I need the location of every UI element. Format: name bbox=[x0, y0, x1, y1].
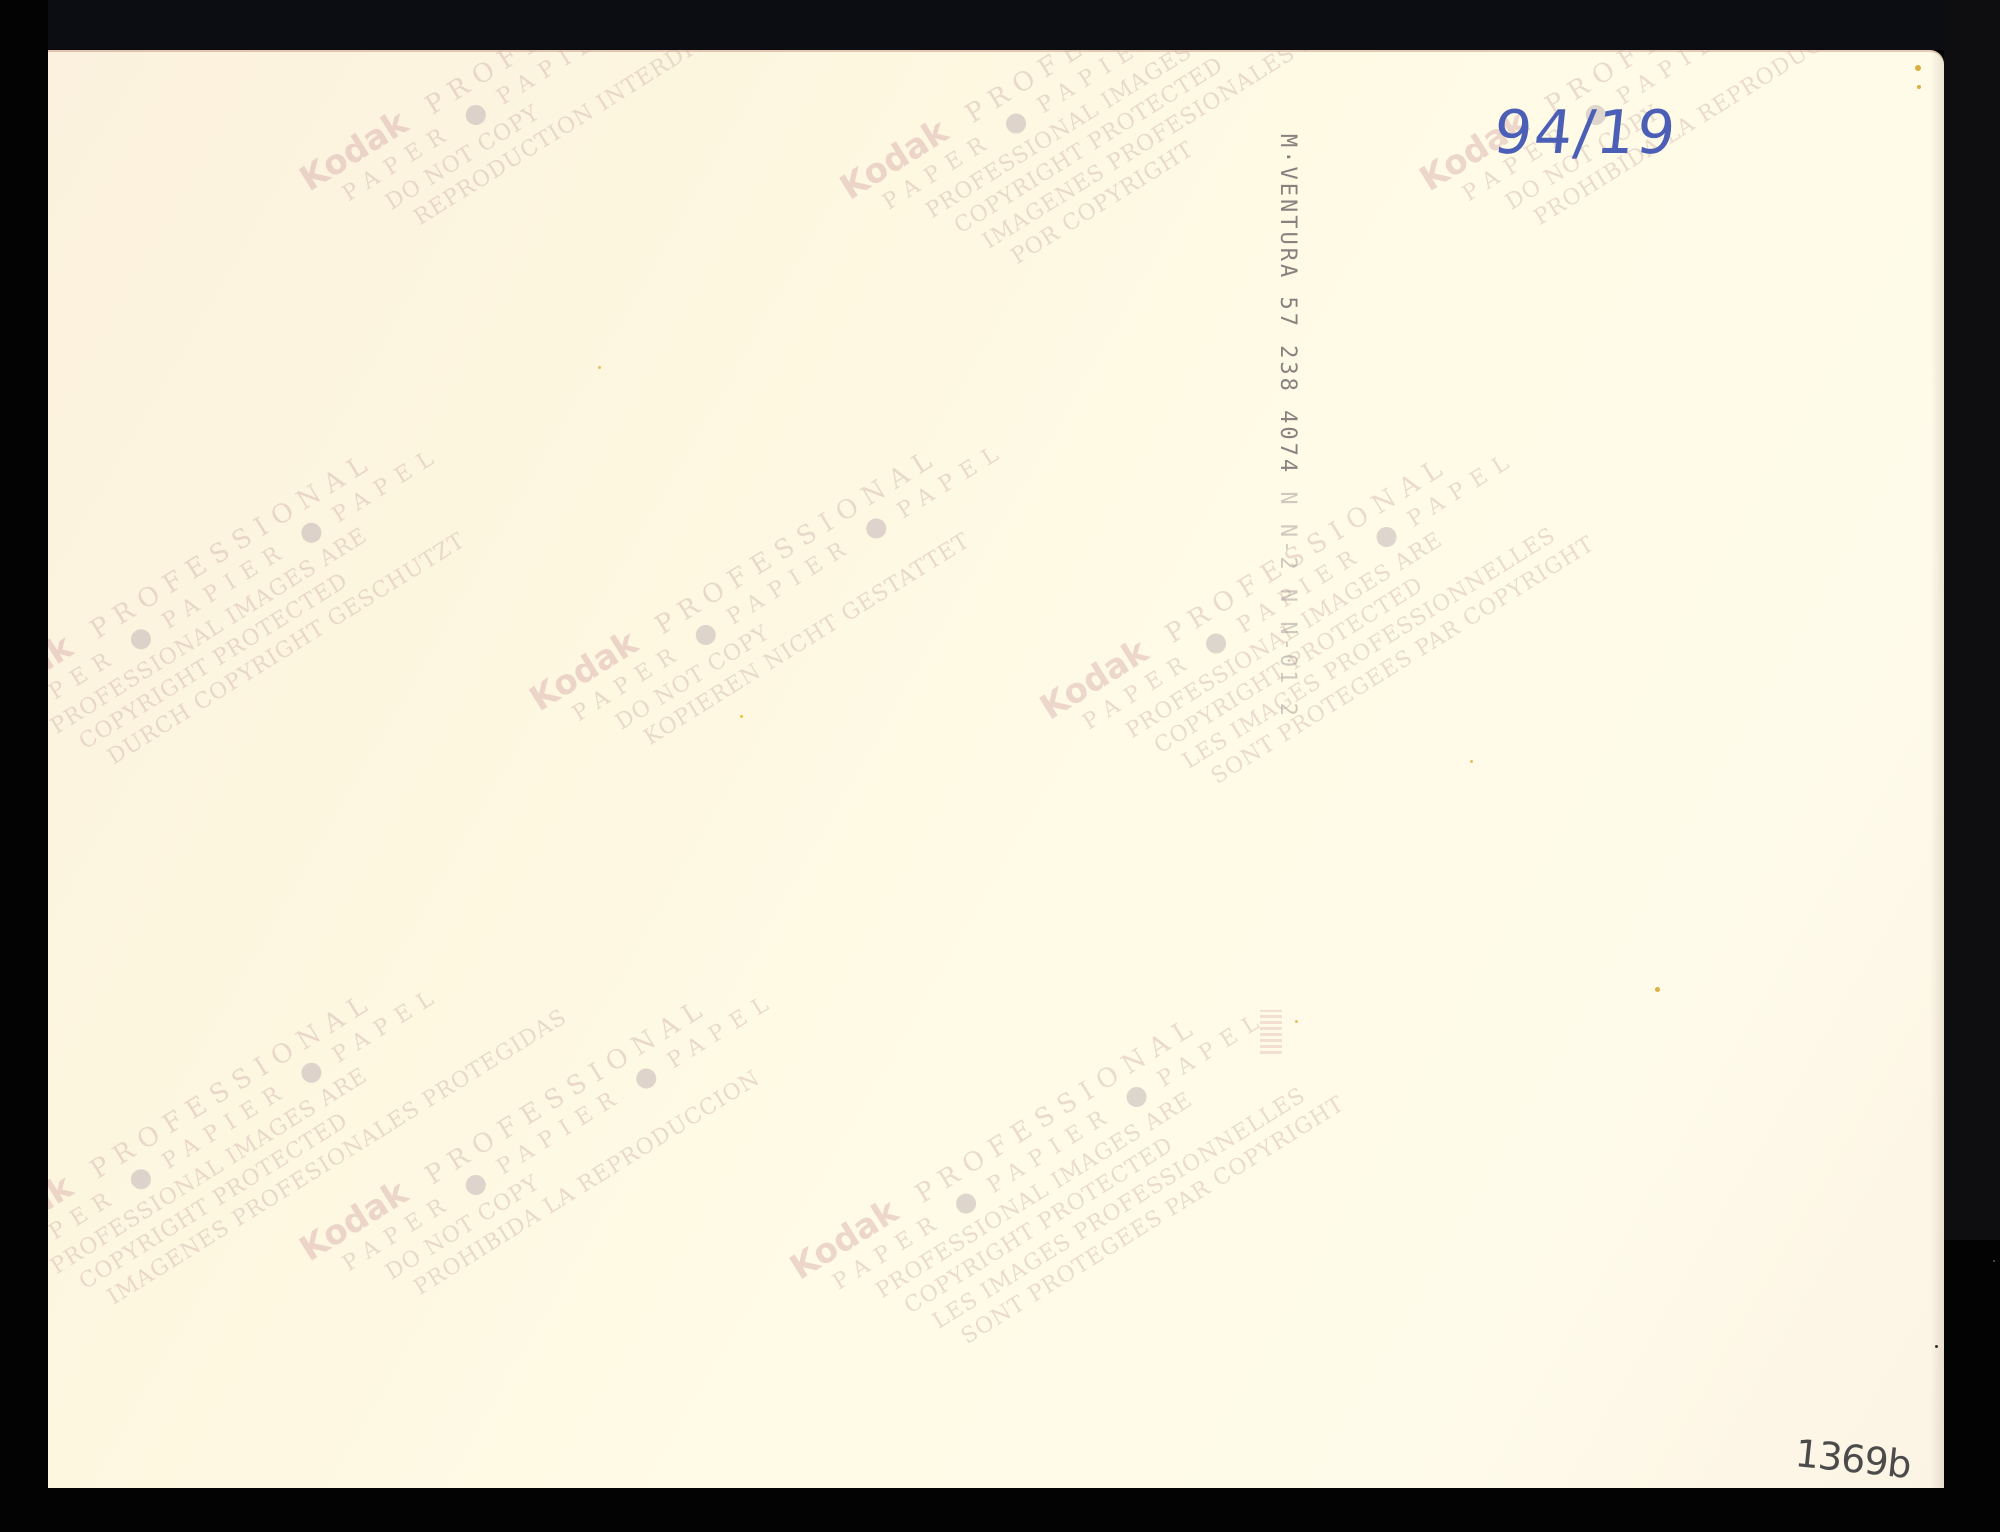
bullet-dot-icon bbox=[862, 515, 890, 543]
kodak-watermark: KodakPROFESSIONALPAPERPAPIERPAPELPROFESS… bbox=[835, 50, 1461, 326]
bullet-dot-icon bbox=[632, 1065, 660, 1093]
bullet-dot-icon bbox=[1373, 523, 1401, 551]
bullet-dot-icon bbox=[1202, 630, 1230, 658]
paper-speck bbox=[740, 715, 743, 718]
ink-smudge bbox=[1260, 1010, 1282, 1054]
imprint-main: M·VENTURA 57 238 4074 bbox=[1275, 134, 1300, 475]
scanner-lid-shadow bbox=[48, 0, 1948, 50]
bullet-dot-icon bbox=[298, 1059, 326, 1087]
bullet-dot-icon bbox=[462, 1171, 490, 1199]
imprint-tail: N N-2 N N-01 2 bbox=[1275, 491, 1300, 718]
scanner-edge-shadow bbox=[1944, 0, 2000, 1240]
paper-speck bbox=[1915, 65, 1921, 71]
photo-print-back: KodakPROFESSIONALPAPERPAPIERPAPELDO NOT … bbox=[48, 50, 1944, 1488]
bullet-dot-icon bbox=[692, 621, 720, 649]
handwritten-reference: 94/19 bbox=[1490, 98, 1680, 168]
kodak-watermark: KodakPROFESSIONALPAPERPAPIERPAPELDO NOT … bbox=[524, 405, 1041, 790]
kodak-watermark: KodakPROFESSIONALPAPERPAPIERPAPELPROFESS… bbox=[48, 409, 492, 818]
paper-speck bbox=[1295, 1020, 1298, 1023]
paper-speck bbox=[1917, 85, 1921, 89]
kodak-watermark: KodakPROFESSIONALPAPERPAPIERPAPELDO NOT … bbox=[294, 50, 811, 270]
kodak-watermark: KodakPROFESSIONALPAPERPAPIERPAPELPROFESS… bbox=[1035, 403, 1599, 846]
bullet-dot-icon bbox=[1002, 110, 1030, 138]
bullet-dot-icon bbox=[298, 519, 326, 547]
paper-speck bbox=[1470, 760, 1473, 763]
bullet-dot-icon bbox=[462, 101, 490, 129]
paper-speck bbox=[1655, 987, 1660, 992]
bullet-dot-icon bbox=[1123, 1083, 1151, 1111]
bullet-dot-icon bbox=[952, 1190, 980, 1218]
paper-speck bbox=[598, 366, 601, 369]
bullet-dot-icon bbox=[127, 625, 155, 653]
bullet-dot-icon bbox=[127, 1165, 155, 1193]
paper-speck bbox=[1935, 1345, 1938, 1348]
paper-speck bbox=[1993, 1260, 1995, 1262]
lab-imprint: M·VENTURA 57 238 4074 N N-2 N N-01 2 bbox=[1275, 134, 1300, 719]
